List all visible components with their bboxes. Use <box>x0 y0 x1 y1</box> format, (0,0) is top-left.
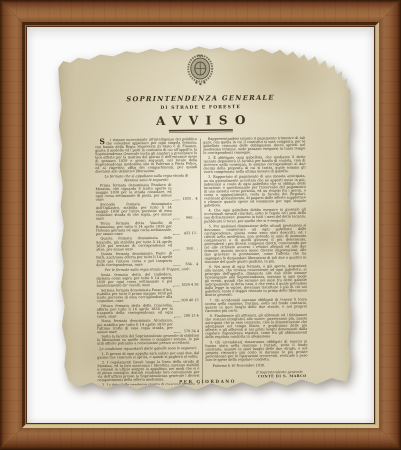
tariff-item-text: Terza fermata detta Vanella di Rosmarino… <box>96 221 172 236</box>
tariff-item: Prima fermata denominata Fondaco di Mess… <box>95 183 197 202</box>
paper-content: SOPRINTENDENZA GENERALE DI STRADE E FORE… <box>58 43 354 386</box>
body-paragraph: 6. Nei mesi di ogni fermata, e già apert… <box>205 264 307 297</box>
condition-paragraph: 1. Il prezzo di ogni appalto sarà soluto… <box>97 351 199 359</box>
tariff-item-text: Ottava fermata detta della Concordia, of… <box>97 304 173 319</box>
tariff-item-amount: 1824 4 38 <box>181 283 198 287</box>
seal-stamp-icon <box>187 54 213 88</box>
dotted-leader <box>173 219 180 220</box>
tariff-item-text: Settima fermata denominata Passo d'Aci, … <box>97 288 173 303</box>
tariff-item: Quarta fermata denominata delle Sciarell… <box>96 236 198 251</box>
body-paragraph: 9. Gli arrendatarj rimarranno obbligati … <box>205 340 307 362</box>
paper-shadow-wrap: SOPRINTENDENZA GENERALE DI STRADE E FORE… <box>58 46 350 396</box>
tariff-item-amount: 1835 . 4 <box>181 197 198 201</box>
tariff-item-text: Quarta fermata denominata delle Sciarell… <box>96 237 172 252</box>
tariff-group-heading: Le fermate che si appaltano sulla regia … <box>97 174 195 182</box>
body-columns: Si rimane nuovamente all'intelligenza de… <box>95 136 310 385</box>
tariff-item: Settima fermata denominata Passo d'Aci, … <box>97 288 199 303</box>
mat-board: SOPRINTENDENZA GENERALE DI STRADE E FORE… <box>27 27 374 423</box>
body-paragraph: 2. È obbligato ogni gabelloto, che media… <box>203 155 305 174</box>
avviso-title: AVVISO <box>95 112 307 129</box>
dotted-leader <box>173 250 180 251</box>
title-double-rule <box>169 129 233 132</box>
left-column: Si rimane nuovamente all'intelligenza de… <box>95 137 200 385</box>
tariff-item-text: Sesta fermata detta del Gallodoro, divis… <box>96 273 172 288</box>
frame-side-bottom <box>0 423 401 450</box>
body-paragraph: 7. Gli accidentali saranno obbligati di … <box>205 298 307 313</box>
tariff-item-amount: 432 13 . <box>181 231 198 235</box>
framed-broadside-photo: SOPRINTENDENZA GENERALE DI STRADE E FORE… <box>0 0 401 450</box>
body-paragraph: Rappresentandosi intanto il pagamento tr… <box>203 136 305 155</box>
dotted-leader <box>173 286 180 287</box>
intro-paragraph: Si rimane nuovamente all'intelligenza de… <box>95 137 197 174</box>
note-paragraph: Sotto la facoltà del Soprintendente gene… <box>97 334 199 346</box>
dotted-leader <box>173 301 180 302</box>
paper-sheet: SOPRINTENDENZA GENERALE DI STRADE E FORE… <box>58 43 354 396</box>
body-paragraph: 4. Che ogni gabelloto debba eseguire in … <box>204 208 306 223</box>
tariff-item-text: Prima fermata denominata Fondaco di Mess… <box>95 183 171 202</box>
tariff-group-heading: Per le fermate sulla regia strada di Tra… <box>98 267 196 272</box>
tariff-item-text: Nona fermata denominata Alcamazza, già s… <box>97 319 173 334</box>
frame-side-right <box>374 0 401 450</box>
tariff-item-text: Seconda fermata denominata dell'Ogliastr… <box>96 202 172 221</box>
agency-title-line1: SOPRINTENDENZA GENERALE <box>95 93 307 103</box>
body-paragraph: 5. Per qualsiasi diminuzione delle attua… <box>204 224 306 264</box>
tariff-item-amount: 900 40 15 <box>181 299 198 303</box>
tariff-item-amount: 960 . . <box>181 216 198 220</box>
seal-row <box>94 53 306 88</box>
body-paragraph: 8. Finalmente gli offerenti, gli abbonat… <box>205 313 307 339</box>
tariff-item: Seconda fermata denominata dell'Ogliastr… <box>96 202 198 221</box>
tariff-item-amount: 208 13 4 <box>182 314 199 318</box>
tariff-item: Ottava fermata detta della Concordia, of… <box>97 303 199 318</box>
tariff-item: Quinta fermata denominata Ponte di Patti… <box>96 252 198 267</box>
tariff-item: Terza fermata detta Vanella di Rosmarino… <box>96 221 198 236</box>
column-divider <box>200 138 203 384</box>
dotted-leader <box>173 265 180 266</box>
tariff-item-amount: 388 . . <box>181 247 198 251</box>
frame-side-top <box>0 0 401 27</box>
frame-side-left <box>0 0 27 450</box>
tariff-item-text: Quinta fermata denominata Ponte di Patti… <box>96 252 172 267</box>
body-paragraph: 3. Rapportato al pagamento di una mesata… <box>204 175 306 208</box>
dotted-leader <box>174 332 181 333</box>
tariff-item-amount: 578 34 4 <box>182 329 199 333</box>
tariff-list: Le fermate che si appaltano sulla regia … <box>95 174 199 334</box>
agency-title-line2: DI STRADE E FORESTE <box>95 104 307 111</box>
tariff-item: Nona fermata denominata Alcamazza, già s… <box>97 319 199 334</box>
tariff-item-amount: 564 . 4 <box>181 262 198 266</box>
right-paragraphs: Rappresentandosi intanto il pagamento tr… <box>203 136 307 362</box>
dotted-leader <box>174 317 181 318</box>
dotted-leader <box>173 200 180 201</box>
right-column: Rappresentandosi intanto il pagamento tr… <box>203 136 308 384</box>
dotted-leader <box>173 234 180 235</box>
dateline: Palermo li 10 Novembre 1838. <box>206 363 308 368</box>
drop-cap: S <box>95 138 105 145</box>
tariff-item: Sesta fermata detta del Gallodoro, divis… <box>96 272 198 287</box>
rule-thin <box>169 131 233 132</box>
